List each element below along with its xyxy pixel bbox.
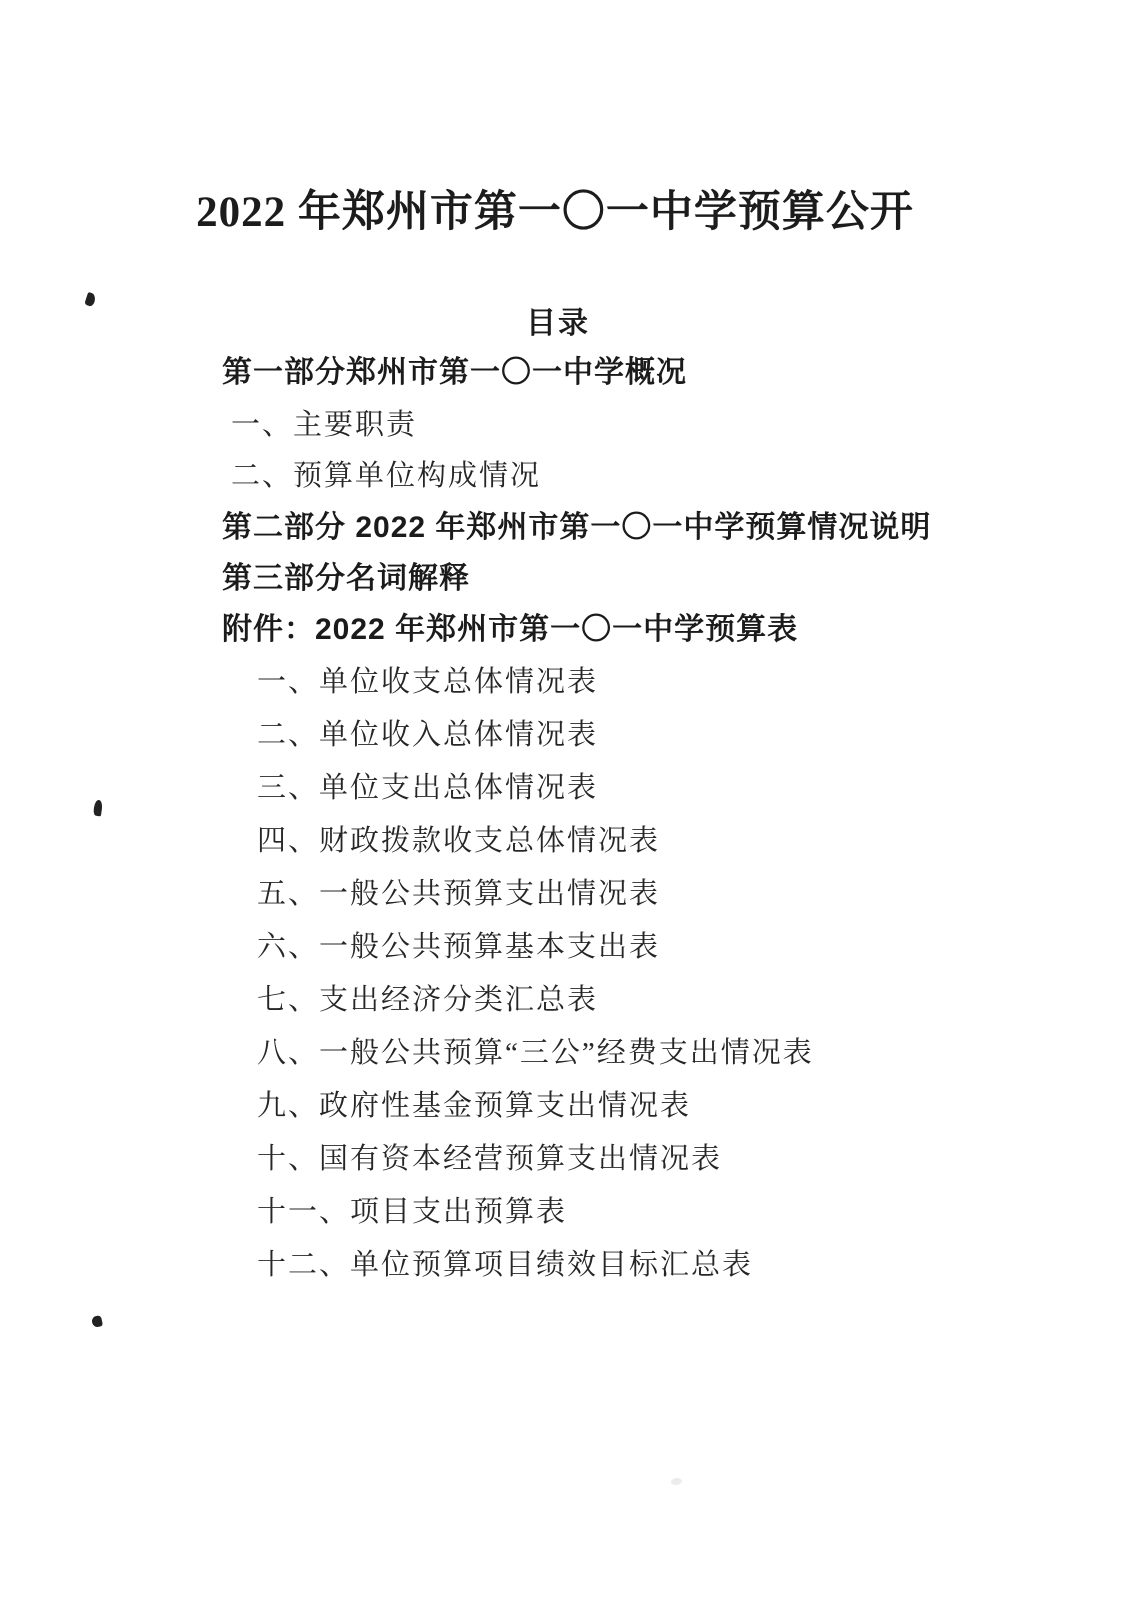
scanned-document-page: 2022 年郑州市第一〇一中学预算公开 目录 第一部分郑州市第一〇一中学概况 一… xyxy=(0,0,1130,1600)
toc-table-10: 十、国有资本经营预算支出情况表 xyxy=(257,1145,722,1174)
ink-speck xyxy=(93,800,103,817)
toc-table-8: 八、一般公共预算“三公”经费支出情况表 xyxy=(257,1039,814,1068)
toc-table-12: 十二、单位预算项目绩效目标汇总表 xyxy=(257,1251,753,1280)
toc-item-unit-structure: 二、预算单位构成情况 xyxy=(231,462,541,491)
toc-table-4: 四、财政拨款收支总体情况表 xyxy=(257,827,660,856)
toc-heading: 目录 xyxy=(0,298,1116,342)
toc-section-part3: 第三部分名词解释 xyxy=(222,564,470,594)
toc-table-2: 二、单位收入总体情况表 xyxy=(257,721,598,750)
ink-speck xyxy=(91,1315,103,1328)
toc-table-5: 五、一般公共预算支出情况表 xyxy=(257,880,660,909)
toc-table-6: 六、一般公共预算基本支出表 xyxy=(257,933,660,962)
toc-table-11: 十一、项目支出预算表 xyxy=(257,1198,567,1227)
toc-section-part1: 第一部分郑州市第一〇一中学概况 xyxy=(222,358,687,388)
toc-table-9: 九、政府性基金预算支出情况表 xyxy=(257,1092,691,1121)
toc-item-duties: 一、主要职责 xyxy=(231,411,417,440)
scan-smudge xyxy=(671,1477,683,1485)
toc-table-7: 七、支出经济分类汇总表 xyxy=(257,986,598,1015)
toc-section-part2: 第二部分 2022 年郑州市第一〇一中学预算情况说明 xyxy=(222,513,931,543)
toc-table-3: 三、单位支出总体情况表 xyxy=(257,774,598,803)
toc-section-attachments: 附件：2022 年郑州市第一〇一中学预算表 xyxy=(222,615,798,645)
toc-table-1: 一、单位收支总体情况表 xyxy=(257,668,598,697)
document-title: 2022 年郑州市第一〇一中学预算公开 xyxy=(0,178,1110,239)
